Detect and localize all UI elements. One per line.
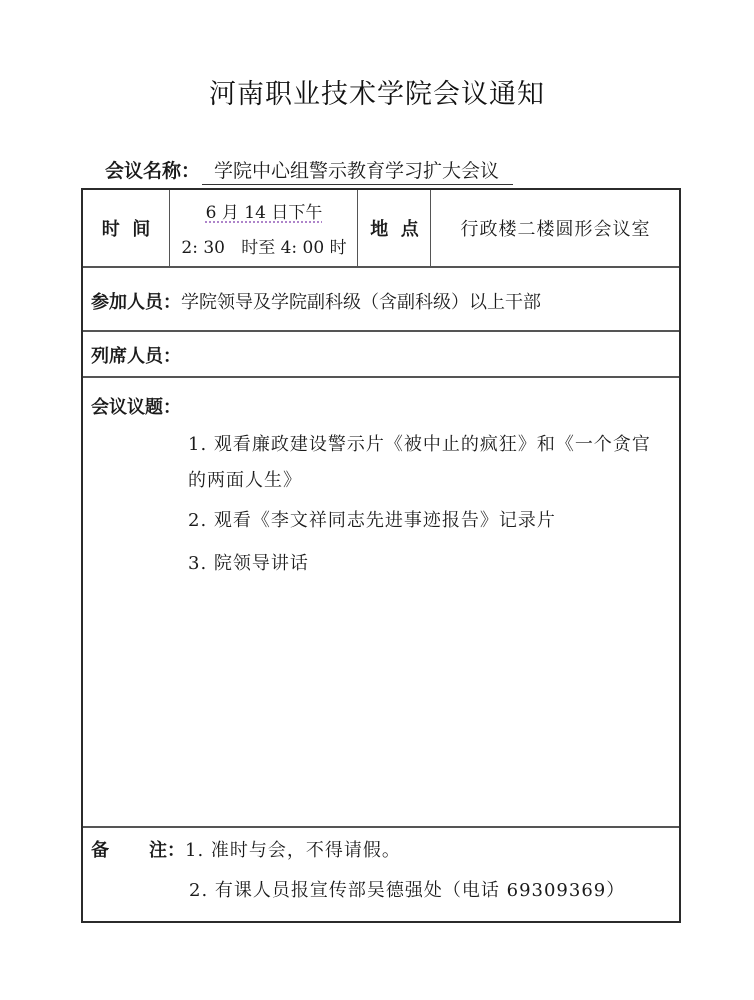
time-date: 6 月 14 日下午 xyxy=(206,198,323,223)
remarks-label-a: 备 xyxy=(91,840,109,861)
remarks-item-2: 2. 有课人员报宣传部吴德强处（电话 69309369） xyxy=(189,876,625,902)
divider xyxy=(83,826,679,828)
agenda-label: 会议议题： xyxy=(91,397,181,418)
divider xyxy=(83,330,679,332)
attendees-label: 参加人员： xyxy=(91,292,181,313)
remarks-label-a-wrap: 备 xyxy=(91,836,109,862)
remarks-label-b: 注： xyxy=(149,840,185,861)
location-label: 地 点 xyxy=(359,190,430,266)
meeting-name-value: 学院中心组警示教育学习扩大会议 xyxy=(202,156,513,185)
observers-label: 列席人员： xyxy=(91,346,181,367)
notice-table: 时 间 6 月 14 日下午 2: 30 时至 4: 00 时 地 点 行政楼二… xyxy=(81,188,681,923)
agenda-item-2: 2. 观看《李文祥同志先进事迹报告》记录片 xyxy=(188,506,556,532)
remarks-item-1: 1. 准时与会，不得请假。 xyxy=(185,840,401,861)
meeting-name-row: 会议名称：学院中心组警示教育学习扩大会议 xyxy=(105,156,513,185)
divider xyxy=(83,266,679,268)
time-value: 6 月 14 日下午 2: 30 时至 4: 00 时 xyxy=(171,190,357,266)
agenda-label-row: 会议议题： xyxy=(91,393,181,419)
meeting-name-label: 会议名称： xyxy=(105,160,200,182)
agenda-item-1-line1: 1. 观看廉政建设警示片《被中止的疯狂》和《一个贪官 xyxy=(188,430,651,456)
attendees-row: 参加人员：学院领导及学院副科级（含副科级）以上干部 xyxy=(91,288,541,314)
document-title: 河南职业技术学院会议通知 xyxy=(0,72,754,111)
observers-row: 列席人员： xyxy=(91,342,181,368)
divider xyxy=(83,376,679,378)
location-value: 行政楼二楼圆形会议室 xyxy=(432,190,679,266)
time-label: 时 间 xyxy=(83,190,169,266)
time-range: 2: 30 时至 4: 00 时 xyxy=(181,233,346,258)
agenda-item-1-line2: 的两面人生》 xyxy=(188,466,302,492)
attendees-value: 学院领导及学院副科级（含副科级）以上干部 xyxy=(181,292,541,313)
divider xyxy=(169,190,170,268)
remarks-row-1: 注：1. 准时与会，不得请假。 xyxy=(149,836,401,862)
agenda-item-3: 3. 院领导讲话 xyxy=(188,549,309,575)
divider xyxy=(430,190,431,268)
divider xyxy=(357,190,358,268)
